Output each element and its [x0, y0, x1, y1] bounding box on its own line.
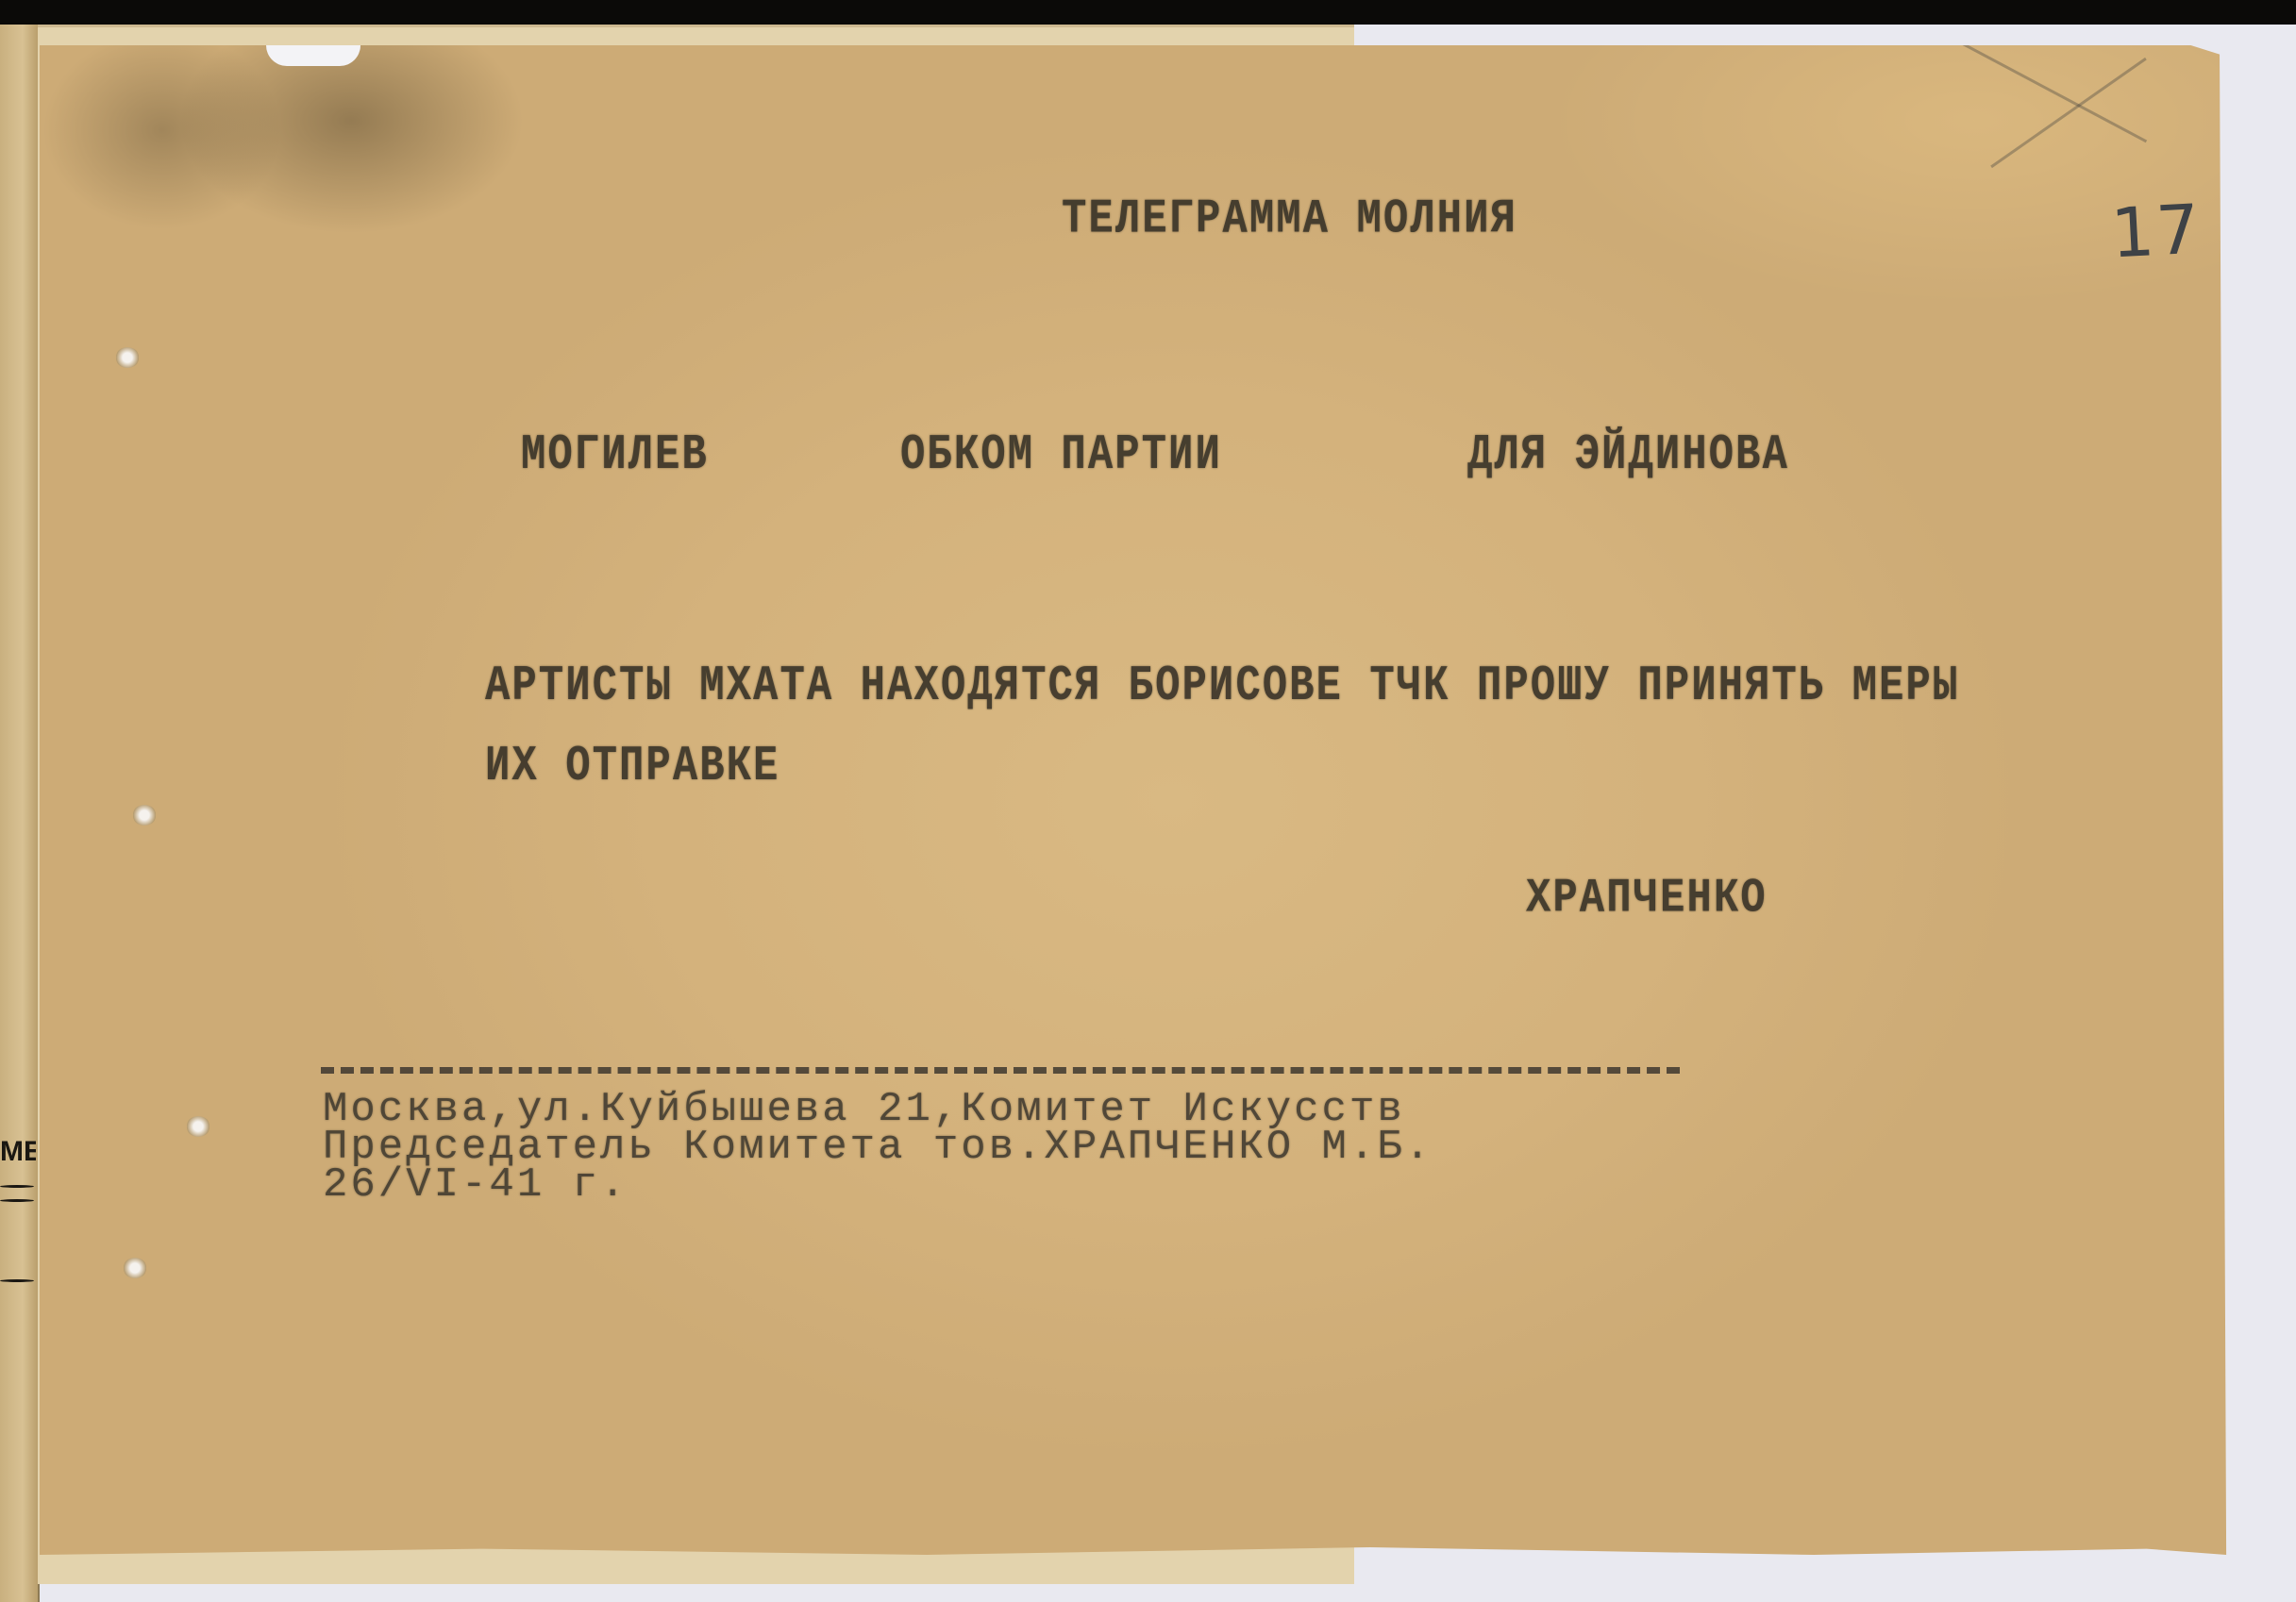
scanned-document-scene: МЕТ 17 ТЕЛЕГРАММА МОЛНИЯ МОГИЛЕВ ОБКОМ П… — [0, 0, 2296, 1602]
sender-address: Москва,ул.Куйбышева 21,Комитет Искусств — [323, 1091, 1433, 1128]
binding-strip: МЕТ — [0, 25, 40, 1602]
punch-hole — [132, 805, 157, 826]
telegram-sheet: 17 ТЕЛЕГРАММА МОЛНИЯ МОГИЛЕВ ОБКОМ ПАРТИ… — [40, 45, 2257, 1555]
paper-tear — [266, 45, 360, 66]
binding-strip-rule — [0, 1279, 34, 1282]
address-organization: ОБКОМ ПАРТИИ — [900, 427, 1222, 484]
telegram-header: ТЕЛЕГРАММА МОЛНИЯ — [1062, 192, 1517, 247]
sender-block: Москва,ул.Куйбышева 21,Комитет Искусств … — [323, 1091, 1433, 1204]
scan-background-top — [0, 0, 2296, 25]
punch-hole — [186, 1116, 210, 1137]
folio-number: 17 — [2109, 190, 2204, 274]
sender-date: 26/VI-41 г. — [323, 1166, 1433, 1204]
punch-hole — [123, 1258, 147, 1278]
divider-rule — [321, 1067, 1680, 1074]
body-line: ИХ ОТПРАВКЕ — [485, 739, 779, 795]
address-recipient: ДЛЯ ЭЙДИНОВА — [1467, 427, 1789, 484]
signature: ХРАПЧЕНКО — [1526, 872, 1768, 926]
binding-strip-rule — [0, 1199, 34, 1202]
punch-hole — [115, 347, 140, 368]
sender-title: Председатель Комитета тов.ХРАПЧЕНКО М.Б. — [323, 1128, 1433, 1166]
address-city: МОГИЛЕВ — [521, 427, 709, 484]
binding-strip-rule — [0, 1185, 34, 1188]
pencil-mark — [1896, 8, 2147, 142]
binding-strip-label: МЕТ — [0, 1138, 36, 1166]
pencil-mark — [1990, 58, 2147, 168]
body-line: АРТИСТЫ МХАТА НАХОДЯТСЯ БОРИСОВЕ ТЧК ПРО… — [485, 659, 1959, 715]
